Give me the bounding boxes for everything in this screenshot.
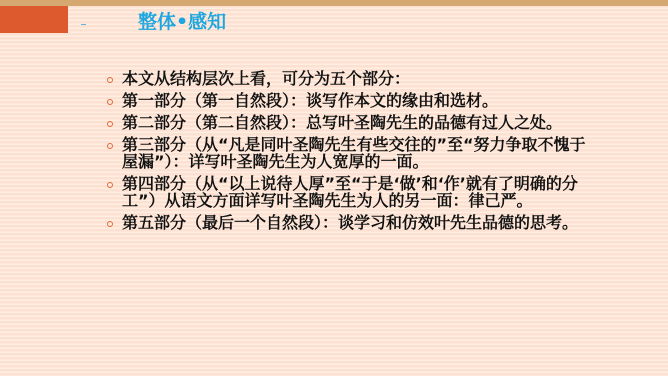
bullet-circle-icon: [107, 77, 113, 83]
list-item-text: 第三部分（从“凡是同叶圣陶先生有些交往的”至“努力争取不愧于屋漏”）：详写叶圣陶…: [122, 136, 592, 170]
title-accent-block: [0, 6, 68, 33]
list-item: 第五部分（最后一个自然段）：谈学习和仿效叶先生品德的思考。: [104, 214, 604, 231]
bullet-circle-icon: [107, 121, 113, 127]
list-item: 第三部分（从“凡是同叶圣陶先生有些交往的”至“努力争取不愧于屋漏”）：详写叶圣陶…: [104, 136, 604, 170]
bullet-circle-icon: [107, 182, 113, 188]
bullet-circle-icon: [107, 143, 113, 149]
list-item-text: 本文从结构层次上看，可分为五个部分：: [122, 70, 592, 87]
bullet-circle-icon: [107, 221, 113, 227]
bullet-list: 本文从结构层次上看，可分为五个部分： 第一部分（第一自然段）：谈写作本文的缘由和…: [104, 70, 604, 236]
list-item: 本文从结构层次上看，可分为五个部分：: [104, 70, 604, 87]
list-item: 第二部分（第二自然段）：总写叶圣陶先生的品德有过人之处。: [104, 114, 604, 131]
slide-title: 整体•感知: [138, 11, 226, 33]
list-item-text: 第二部分（第二自然段）：总写叶圣陶先生的品德有过人之处。: [122, 114, 592, 131]
list-item-text: 第五部分（最后一个自然段）：谈学习和仿效叶先生品德的思考。: [122, 214, 592, 231]
list-item: 第四部分（从“以上说待人厚”至“于是‘做’和‘作’就有了明确的分工”）从语文方面…: [104, 175, 604, 209]
bullet-circle-icon: [107, 99, 113, 105]
list-item-text: 第一部分（第一自然段）：谈写作本文的缘由和选材。: [122, 92, 592, 109]
list-item-text: 第四部分（从“以上说待人厚”至“于是‘做’和‘作’就有了明确的分工”）从语文方面…: [122, 175, 592, 209]
top-decorative-band: [0, 0, 668, 6]
list-item: 第一部分（第一自然段）：谈写作本文的缘由和选材。: [104, 92, 604, 109]
accent-dash: [81, 24, 86, 25]
